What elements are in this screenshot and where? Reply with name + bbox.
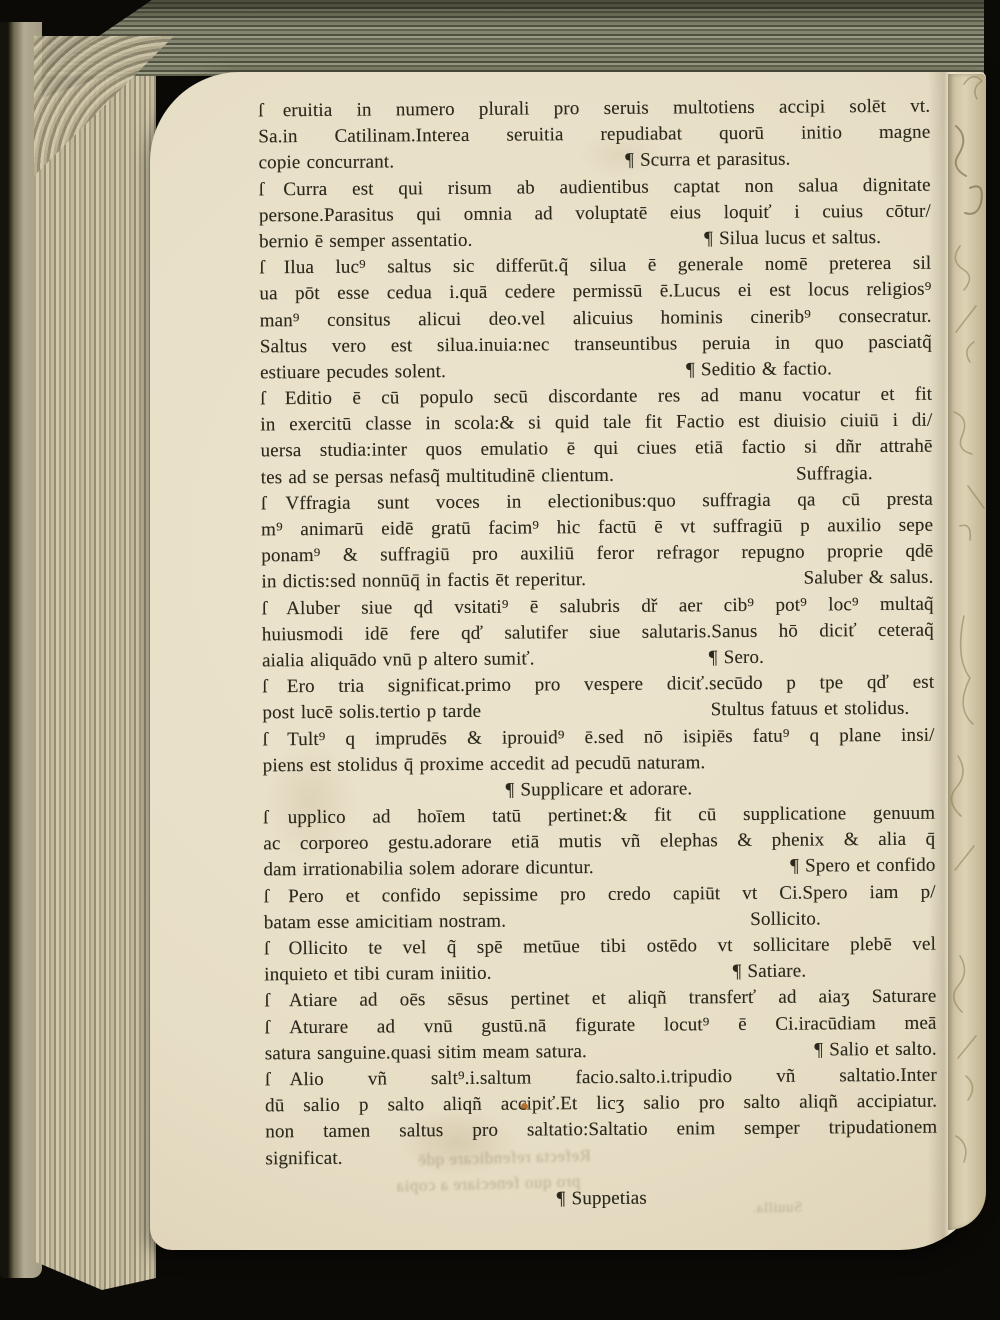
bleedthrough-text: Suuilla. (752, 1199, 803, 1217)
inline-heading-text: Suffragia. (796, 460, 933, 487)
line-text: copie concurrant. (258, 150, 394, 177)
line-text: estiuare pecudes solent. (260, 359, 446, 386)
inline-heading-text: ¶ Sero. (709, 644, 934, 672)
line-text: in dictis:sed nonnūq̄ in factis ēt reper… (261, 567, 586, 595)
text-line: significat. (265, 1141, 937, 1172)
line-text: batam esse amicitiam nostram. (264, 908, 506, 936)
line-text: bernio ē semper assentatio. (259, 228, 473, 256)
inline-heading-text: ¶ Satiare. (733, 958, 937, 986)
line-text: aialia aliquādo vnū p altero sumiť. (262, 646, 535, 674)
inline-heading-text: ¶ Scurra et parasitus. (625, 146, 931, 174)
inline-heading-text: ¶ Salio et salto. (814, 1036, 937, 1063)
inline-heading-text: Stultus fatuus et stolidus. (711, 696, 935, 724)
inline-heading-text: ¶ Silua lucus et saltus. (704, 225, 931, 253)
text-block: ſ eruitia in numero plurali pro seruis m… (258, 94, 938, 1215)
text-line: non tamen saltus pro saltatio:Saltatio e… (265, 1115, 937, 1146)
text-line: ¶ Suppetias (266, 1183, 938, 1214)
book-cover-edge (0, 22, 42, 1278)
fore-edge-page-stack (36, 58, 156, 1290)
line-text: non tamen saltus pro saltatio:Saltatio e… (265, 1115, 937, 1146)
marginalia-handwriting-ink (930, 56, 998, 1196)
top-edge-page-stack (40, 0, 984, 76)
inline-heading-text: ¶ Seditio & factio. (686, 356, 932, 384)
book-photo: ſ eruitia in numero plurali pro seruis m… (0, 0, 1000, 1320)
inline-heading-text: Sollicito. (750, 905, 936, 932)
inline-heading-text: ¶ Spero et confido (790, 853, 935, 880)
text-line: ſ Tult⁹ q imprudēs & iprouid⁹ ē.sed nō i… (263, 722, 935, 753)
line-text: significat. (265, 1145, 342, 1172)
line-text: ¶ Supplicare et adorare. (505, 776, 692, 803)
line-text: post lucē solis.tertio p tarde (262, 699, 481, 727)
line-text: satura sanguine.quasi sitim meam satura. (265, 1039, 587, 1067)
line-text: inquieto et tibi curam iniitio. (264, 961, 492, 989)
line-text: ſ Tult⁹ q imprudēs & iprouid⁹ ē.sed nō i… (263, 722, 935, 753)
inline-heading-text: Saluber & salus. (804, 565, 934, 592)
line-text: tes ad se persas nefasq̃ multitudinē cli… (261, 463, 614, 492)
line-text: dam irrationabilia solem adorare dicuntu… (263, 855, 593, 883)
line-text: piens est stolidus q̄ proxime accedit ad… (263, 750, 706, 779)
